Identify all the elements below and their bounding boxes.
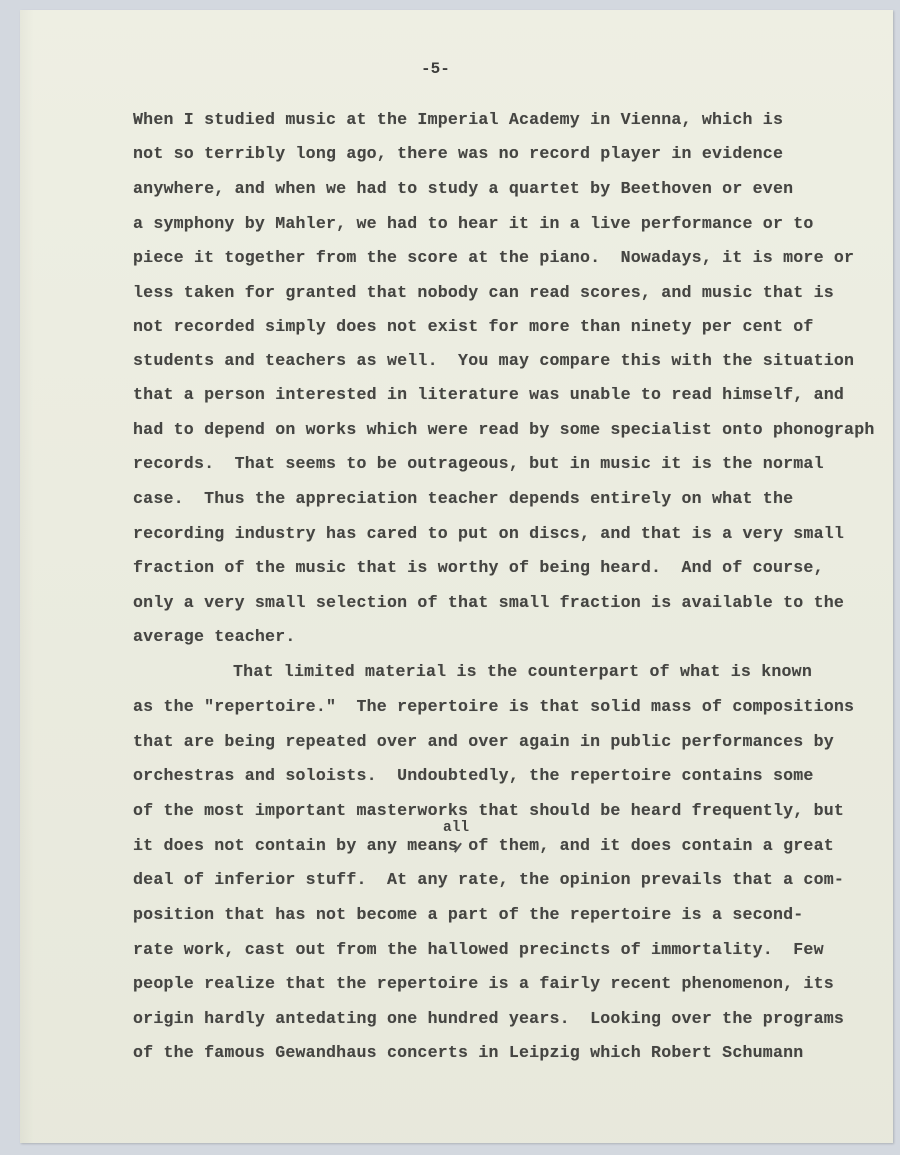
text-line: a symphony by Mahler, we had to hear it … [133,214,814,233]
text-line: origin hardly antedating one hundred yea… [133,1009,844,1028]
inserted-word: all [443,820,469,836]
text-line: not so terribly long ago, there was no r… [133,144,783,163]
text-line: When I studied music at the Imperial Aca… [133,110,783,129]
text-line: less taken for granted that nobody can r… [133,283,834,302]
typewritten-page: -5- When I studied music at the Imperial… [20,10,893,1143]
text-line: students and teachers as well. You may c… [133,351,854,370]
text-line: anywhere, and when we had to study a qua… [133,179,793,198]
text-line: piece it together from the score at the … [133,248,854,267]
text-line: of the most important masterworks that s… [133,801,844,820]
text-line: people realize that the repertoire is a … [133,974,834,993]
text-line: had to depend on works which were read b… [133,420,875,439]
text-line: that are being repeated over and over ag… [133,732,834,751]
text-line: orchestras and soloists. Undoubtedly, th… [133,766,814,785]
text-line: position that has not become a part of t… [133,905,803,924]
page-number: -5- [421,60,450,78]
text-line: rate work, cast out from the hallowed pr… [133,940,824,959]
text-line-indented: That limited material is the counterpart… [233,662,812,681]
text-line: it does not contain by any means of them… [133,836,834,855]
text-line: that a person interested in literature w… [133,385,844,404]
text-line: of the famous Gewandhaus concerts in Lei… [133,1043,803,1062]
text-line: not recorded simply does not exist for m… [133,317,814,336]
text-line: fraction of the music that is worthy of … [133,558,824,577]
text-line: case. Thus the appreciation teacher depe… [133,489,793,508]
text-line: as the "repertoire." The repertoire is t… [133,697,854,716]
text-line: average teacher. [133,627,296,646]
text-line: only a very small selection of that smal… [133,593,844,612]
text-line: records. That seems to be outrageous, bu… [133,454,824,473]
text-line: deal of inferior stuff. At any rate, the… [133,870,844,889]
text-line: recording industry has cared to put on d… [133,524,844,543]
